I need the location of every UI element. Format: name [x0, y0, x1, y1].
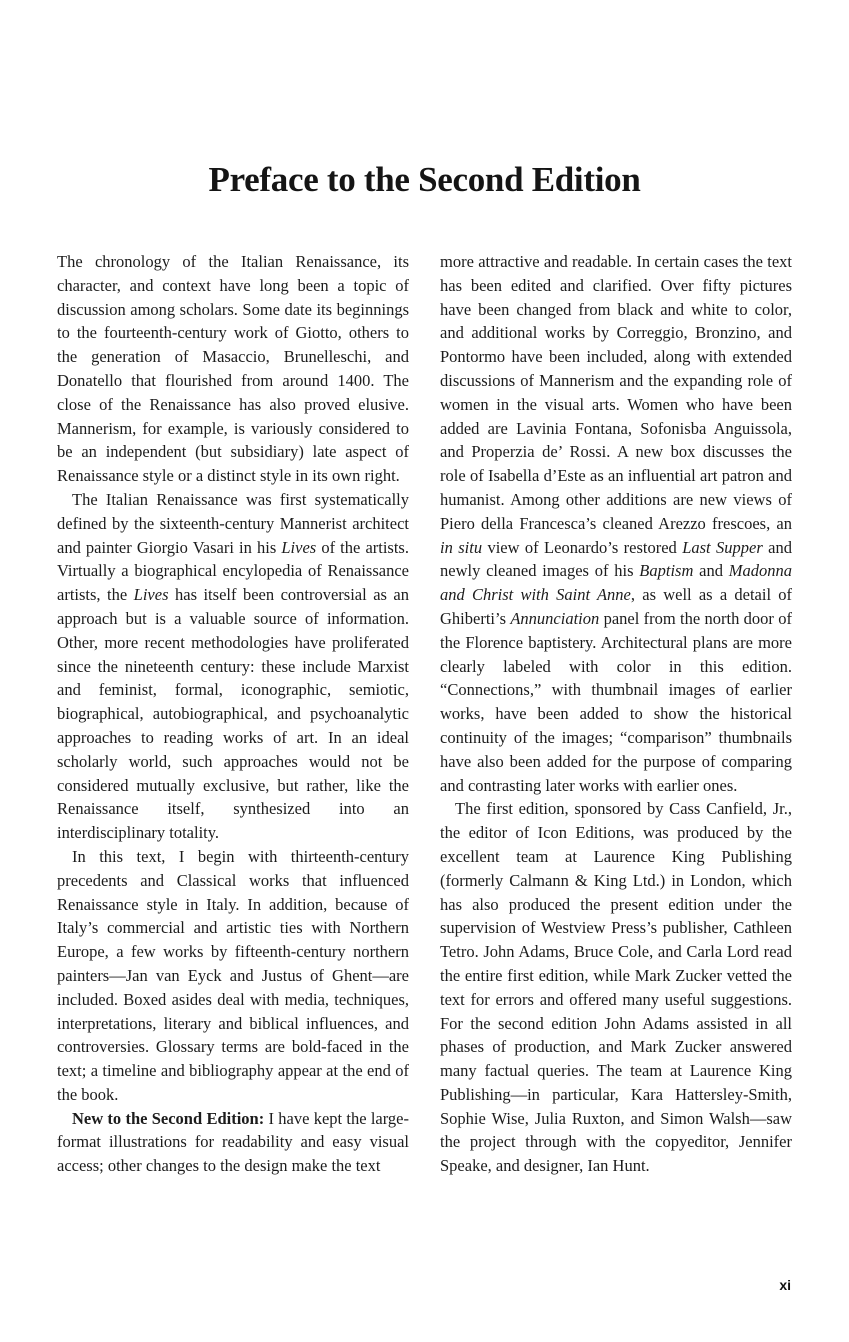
text-run: panel from the north door of the Florenc… — [440, 609, 792, 795]
bold-run: New to the Second Edition: — [72, 1109, 264, 1128]
right-column: more attractive and readable. In certain… — [440, 250, 792, 1178]
paragraph: more attractive and readable. In certain… — [440, 250, 792, 797]
italic-run: in situ — [440, 538, 482, 557]
paragraph: The first edition, sponsored by Cass Can… — [440, 797, 792, 1178]
paragraph: The Italian Renaissance was first system… — [57, 488, 409, 845]
left-column: The chronology of the Italian Renaissanc… — [57, 250, 409, 1178]
page-number: xi — [779, 1277, 791, 1293]
text-run: and — [693, 561, 728, 580]
paragraph: New to the Second Edition: I have kept t… — [57, 1107, 409, 1178]
italic-run: Baptism — [639, 561, 693, 580]
italic-run: Lives — [281, 538, 316, 557]
text-run: has itself been controversial as an appr… — [57, 585, 409, 842]
text-run: In this text, I begin with thirteenth-ce… — [57, 847, 409, 1104]
text-run: The first edition, sponsored by Cass Can… — [440, 799, 792, 1175]
italic-run: Lives — [134, 585, 169, 604]
italic-run: Last Supper — [682, 538, 763, 557]
book-page: Preface to the Second Edition The chrono… — [0, 0, 849, 1342]
text-run: The chronology of the Italian Renaissanc… — [57, 252, 409, 485]
italic-run: Annunciation — [510, 609, 599, 628]
text-run: more attractive and readable. In certain… — [440, 252, 792, 533]
paragraph: The chronology of the Italian Renaissanc… — [57, 250, 409, 488]
paragraph: In this text, I begin with thirteenth-ce… — [57, 845, 409, 1107]
text-run: view of Leonardo’s restored — [482, 538, 682, 557]
page-title: Preface to the Second Edition — [0, 160, 849, 200]
